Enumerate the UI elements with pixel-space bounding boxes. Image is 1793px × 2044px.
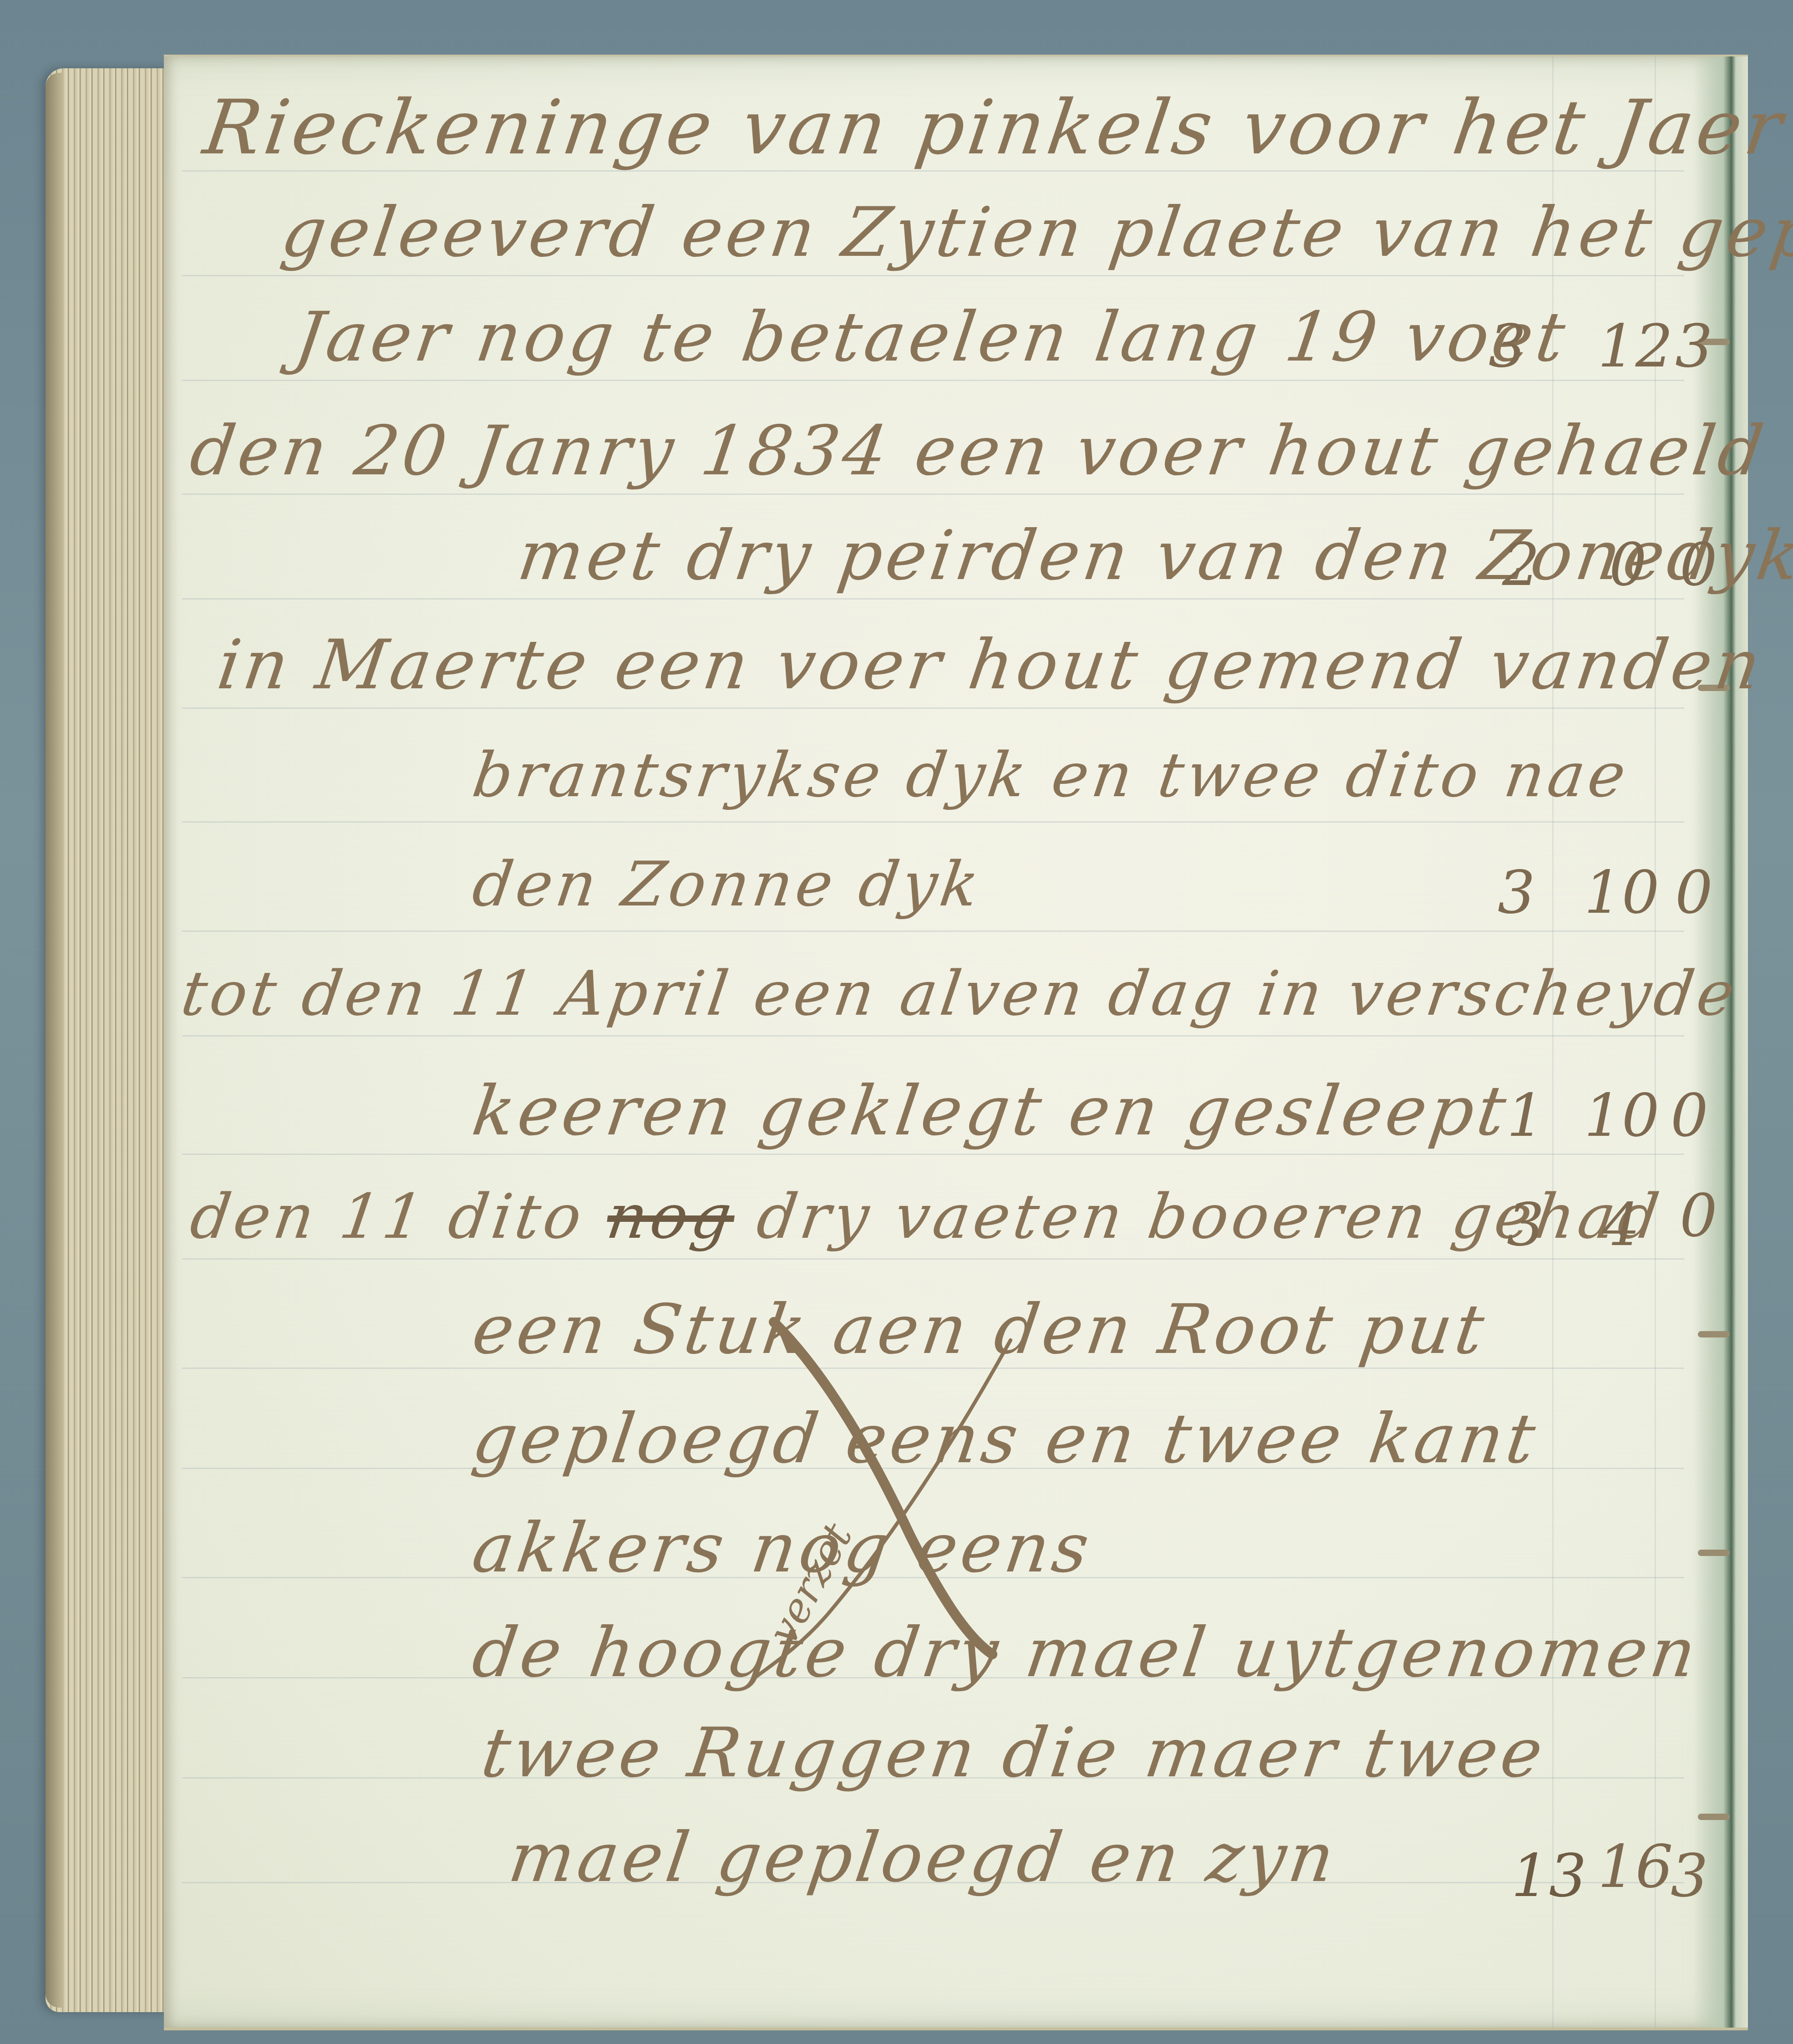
ledger-line: tot den 11 April een alven dag in versch… [177,958,1742,1029]
ledger-line: den 20 Janry 1834 een voer hout gehaeld [186,412,1772,491]
amount-stuivers: 12 [1598,311,1673,381]
amount-stuivers: 10 [1584,858,1659,927]
binding-stitch [1698,1331,1730,1337]
ledger-line: twee Ruggen die maer twee [477,1714,1551,1793]
ledger-heading: Rieckeninge van pinkels voor het Jaer 18… [199,84,1793,171]
page-stack-edges [46,68,173,2012]
ruled-line [182,598,1684,600]
crossed-out-line: een Stuk aen den Root put [468,1290,1492,1369]
ledger-line: brantsrykse dyk en twee dito nae [468,739,1634,811]
amount-penningen: 0 [1671,1081,1708,1150]
ledger-line: mael geploegd en zyn [504,1818,1343,1897]
amount-penningen: 0 [1680,530,1717,599]
ledger-line: met dry peirden van den Zonedyk [513,516,1793,595]
ledger-line: den 11 dito nog dry vaeten booeren gehad [186,1181,1667,1252]
amount-penningen: 3 [1675,311,1713,381]
ruled-line [182,707,1684,709]
crossed-out-line: geploegd eens en twee kant [468,1399,1544,1479]
ledger-line: de hoogte dry mael uytgenomen [468,1613,1704,1693]
ruled-line [182,275,1684,276]
struck-word: nog [603,1181,740,1252]
amount-total-penningen: 3 [1671,1841,1708,1910]
book-cover-edge [46,73,64,2008]
amount-penningen: 0 [1675,858,1713,927]
ruled-line [182,821,1684,823]
ledger-line: in Maerte een voer hout gemend vanden [213,625,1769,705]
binding-stitch [1698,1550,1730,1556]
ledger-page: Rieckeninge van pinkels voor het Jaer 18… [164,55,1748,2030]
ledger-line: Jaer nog te betaelen lang 19 voet [290,298,1573,377]
amount-guilders: 3 [1498,858,1535,927]
amount-guilders: 3 [1507,1190,1544,1259]
ruled-line [182,1154,1684,1155]
ruled-line [182,380,1684,381]
amount-guilders: 3 [1488,311,1526,381]
amount-total-guilders: 13 [1511,1841,1586,1910]
ledger-line: den Zonne dyk [468,849,987,920]
amount-guilders: 1 [1507,1081,1544,1150]
ruled-line [182,1035,1684,1037]
amount-total-stuivers: 16 [1598,1832,1673,1901]
amount-penningen: 0 [1680,1181,1717,1250]
amount-stuivers: 10 [1584,1081,1659,1150]
amount-guilders: 2 [1502,530,1540,599]
ruled-line [182,1258,1684,1260]
ledger-line: geleeverd een Zytien plaete van het gepa… [277,193,1793,272]
amount-stuivers: 0 [1609,530,1647,599]
ruled-line [182,930,1684,932]
ruled-line [182,493,1684,495]
ledger-line: keeren geklegt en gesleept [468,1072,1514,1151]
line-date: den 11 dito [186,1181,589,1252]
amount-stuivers: 4 [1602,1190,1640,1259]
binding-stitch [1698,1814,1730,1820]
crossed-out-line: akkers nog eens [468,1509,1097,1588]
